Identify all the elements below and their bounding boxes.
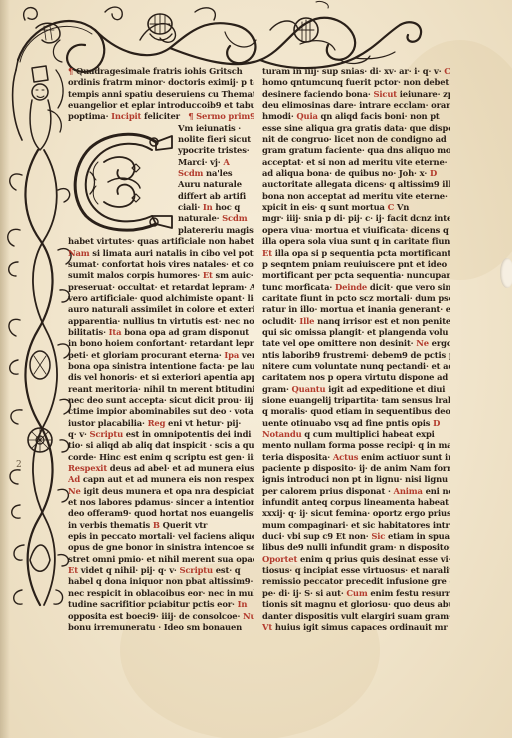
body-line: ocludit· Ille nanq irrisor est et non pe… bbox=[262, 316, 450, 327]
body-line: tionis sit magnu et gloriosu· quo deus a… bbox=[262, 599, 450, 610]
body-line: tio· si aliqd ab aliq dat inspicit · sci… bbox=[68, 440, 254, 451]
body-line: illa opera sola viua sunt q in caritate … bbox=[262, 236, 450, 247]
body-line: teria disposita· Actus enim actiuor sunt… bbox=[262, 452, 450, 463]
body-line: auctoritate allegata dicens· q altissim9… bbox=[262, 179, 450, 190]
body-line: auro naturali assimilet in colore et ext… bbox=[68, 304, 254, 315]
beside-initial-line: Scdm na'les bbox=[68, 168, 254, 179]
body-line: habel q dona iniquor non pbat altissim9· bbox=[68, 576, 254, 587]
body-line: tunc morficata· Deinde dicit· que vero s… bbox=[262, 282, 450, 293]
beside-initial-line: differt ab artifi bbox=[68, 191, 254, 202]
body-line: mum compaginari· et sic habitatores intr… bbox=[262, 520, 450, 531]
body-line: uente otinuabo vsq ad fine pntis opis D bbox=[262, 418, 450, 429]
body-line: remissio peccator precedit infusione gre… bbox=[262, 576, 450, 587]
body-line: qui sic omissa plangit· et plangenda vol… bbox=[262, 327, 450, 338]
body-line: deo offeram9· quod hortat nos euangelist… bbox=[68, 508, 254, 519]
body-line: danter dispositis vult elargiri suam gra… bbox=[262, 611, 450, 622]
body-line: ratur in illo· mortua et inania generant… bbox=[262, 304, 450, 315]
body-line: dis vel honoris· et si exteriori apentia… bbox=[68, 372, 254, 383]
body-line: bona opa sinistra intentione facta· pe l… bbox=[68, 361, 254, 372]
body-line: hmodi· Quia qn aliqd facis boni· non pt bbox=[262, 111, 450, 122]
body-line: caritatem nos p opera virtutu dispone ad bbox=[262, 372, 450, 383]
body-line: ignis introduci non pt in lignu· nisi li… bbox=[262, 474, 450, 485]
body-line: preseruat· occultat· et retardat lepram·… bbox=[68, 282, 254, 293]
body-line: desinere faciendo bona· Sicut ieiunare· … bbox=[262, 89, 450, 100]
body-line: epis in peccato mortali· vel faciens ali… bbox=[68, 531, 254, 542]
body-line: Et illa opa si p sequentia pcta mortific… bbox=[262, 248, 450, 259]
sermon-heading: ¶ Sermo prim9 bbox=[188, 111, 254, 121]
body-line: opera viua· mortua et viuificata· dicens… bbox=[262, 225, 450, 236]
body-line: corde· Hinc est enim q scriptu est gen· … bbox=[68, 452, 254, 463]
body-line: bona non acceptat ad meritu vite eterne·… bbox=[262, 191, 450, 202]
body-line: deu elimosinas dare· intrare ecclam· ora… bbox=[262, 100, 450, 111]
heading-line: ordinis fratrm minor· doctoris eximij· p… bbox=[68, 77, 254, 88]
beside-initial-line: Marci· vj· A bbox=[68, 157, 254, 168]
body-line: ntis laborib9 frustremi· debem9 de pctis… bbox=[262, 350, 450, 361]
body-line: et nos labores pdamus· sincer a intentio… bbox=[68, 497, 254, 508]
heading-line: tempis anni spatiu deseruiens cu Themati bbox=[68, 89, 254, 100]
beside-initial-line: platereriu magis bbox=[68, 225, 254, 236]
body-line: mortificant per pcta sequentia· nuncupan… bbox=[262, 270, 450, 281]
body-line: xxxij· q· ij· sicut femina· oportz ergo … bbox=[262, 508, 450, 519]
body-line: Oportet enim q prius quis desinat esse v… bbox=[262, 554, 450, 565]
body-line: in verbis thematis B Querit vtr bbox=[68, 520, 254, 531]
body-line: opus de gne bonor in sinistra intencoe s… bbox=[68, 542, 254, 553]
body-line: in bono hoiem confortant· retardant lepr… bbox=[68, 338, 254, 349]
body-line: Ad capn aut et ad munera eis non respexi… bbox=[68, 474, 254, 485]
body-line: sumat· confortat hois vires natales· et … bbox=[68, 259, 254, 270]
beside-initial-line: ypocrite tristes· bbox=[68, 145, 254, 156]
body-line: habet virtutes· quas artificiale non hab… bbox=[68, 236, 254, 247]
body-line: libus de9 nulli infundit gram· n disposi… bbox=[262, 542, 450, 553]
body-line: nitere cum voluntate nunq pectandi· et a… bbox=[262, 361, 450, 372]
body-line: Ne igit deus munera et opa nra despiciat… bbox=[68, 486, 254, 497]
body-line: stret omni pmio· et nihil merent sua opa… bbox=[68, 554, 254, 565]
body-line: xpicit in eis· q sunt mortua C Vn bbox=[262, 202, 450, 213]
body-line: reant meritoria· nihil tn merent btitudi… bbox=[68, 384, 254, 395]
heading-line: euangelior et eplar introduccoib9 et tab… bbox=[68, 100, 254, 111]
body-line: q moralis· quod etiam in sequentibus deo… bbox=[262, 406, 450, 417]
body-line: acceptat· et si non ad meritu vite etern… bbox=[262, 157, 450, 168]
body-line: bonu irremuneratu · Ideo sm bonauen bbox=[68, 622, 254, 633]
body-line: ctime impior abominabiles sut deo · vota bbox=[68, 406, 254, 417]
body-line: nec respicit in oblacoibus eor· nec in m… bbox=[68, 588, 254, 599]
body-line: bilitatis· Ita bona opa ad gram disponut bbox=[68, 327, 254, 338]
body-line: sumit malos corpis humores· Et sm auic· bbox=[68, 270, 254, 281]
body-line: gram gratum faciente· qua dns aliquo mo bbox=[262, 145, 450, 156]
heading-line: poptima· Incipit feliciter bbox=[68, 111, 180, 121]
body-line: paciente p disposito· ij· de anim Nam fo… bbox=[262, 463, 450, 474]
body-line: pe· di· ij· S· si aut· Cum enim festu re… bbox=[262, 588, 450, 599]
body-line: vero artificiale· quod alchimiste opant·… bbox=[68, 293, 254, 304]
body-line: p seqntem pniam reuiuiscere pnt et ideo … bbox=[262, 259, 450, 270]
body-line: Notandu q cum multiplici habeat expi bbox=[262, 429, 450, 440]
body-line: mento nullam forma posse recipi· q in ma bbox=[262, 440, 450, 451]
body-line: tudine sacrifitior pciabitur pctis eor· … bbox=[68, 599, 254, 610]
body-line: duci· vbi sup c9 Et non· Sic etiam in sp… bbox=[262, 531, 450, 542]
body-line: tiosus· q incipiat esse virtuosus· et na… bbox=[262, 565, 450, 576]
body-line: nit de congruo· licet non de condigno ad bbox=[262, 134, 450, 145]
left-text-column: ¶ Quadragesimale fratris iohis Gritsch o… bbox=[68, 66, 254, 633]
body-line: opposita est boeci9· iiij· de consolcoe·… bbox=[68, 611, 254, 622]
body-line: gram· Quantu igit ad expeditione et diui bbox=[262, 384, 450, 395]
text-line: ¶ Quadragesimale fratris iohis Gritsch bbox=[68, 66, 254, 77]
body-line: per calorem prius disponat · Anima eni n… bbox=[262, 486, 450, 497]
beside-initial-line: Auru naturale bbox=[68, 179, 254, 190]
beside-initial-line: naturale· Scdm bbox=[68, 213, 254, 224]
body-line: caritate fiunt in pcto scz mortali· dum … bbox=[262, 293, 450, 304]
body-line: Respexit deus ad abel· et ad munera eius… bbox=[68, 463, 254, 474]
body-line: infundit anteq corpus lineamenta habeat bbox=[262, 497, 450, 508]
sermon-heading-text: Sermo prim9 bbox=[196, 111, 254, 121]
body-line: tate vel ope omittere non desinit· Ne er… bbox=[262, 338, 450, 349]
body-line: nec deo sunt accepta· sicut dicit prou· … bbox=[68, 395, 254, 406]
body-line: turam in iiij· sup snias· di· xv· ar· i·… bbox=[262, 66, 450, 77]
border-small-mark: 2 bbox=[16, 460, 22, 470]
body-line: mgr· iiij· snia p di· pij· c· ij· facit … bbox=[262, 213, 450, 224]
heading-line: Quadragesimale fratris iohis Gritsch bbox=[76, 66, 243, 76]
body-line: homo qntumcunq fuerit pctor· non debet bbox=[262, 77, 450, 88]
pencil-margin-mark: A bbox=[434, 590, 440, 600]
body-line: sione euangelij tripartita· tam sensus l… bbox=[262, 395, 450, 406]
manuscript-page: ¶ Quadragesimale fratris iohis Gritsch o… bbox=[0, 0, 512, 738]
body-line: apparentia· nullius tn virtutis est· nec… bbox=[68, 316, 254, 327]
beside-initial-line: Vm ieiunatis · bbox=[68, 123, 254, 134]
pilcrow-mark: ¶ bbox=[68, 66, 73, 76]
body-line: iustor placabilia· Reg eni vt hetur· pij… bbox=[68, 418, 254, 429]
body-line: q· v· Scriptu est in omnipotentis dei in… bbox=[68, 429, 254, 440]
body-line: Nam si limata auri natalis in cibo vel p… bbox=[68, 248, 254, 259]
body-line: ad aliqua bona· de quibus no· Joh· x· D bbox=[262, 168, 450, 179]
right-text-column: turam in iiij· sup snias· di· xv· ar· i·… bbox=[262, 66, 450, 633]
body-line: peti· et gloriam procurant eterna· Ipa v… bbox=[68, 350, 254, 361]
body-line: esse sine aliqua gra gratis data· que di… bbox=[262, 123, 450, 134]
text-line: poptima· Incipit feliciter ¶ Sermo prim9 bbox=[68, 111, 254, 122]
body-line: Vt huius igit simus capaces ordinauit mr bbox=[262, 622, 450, 633]
beside-initial-line: ciali· In hoc q bbox=[68, 202, 254, 213]
beside-initial-line: nolite fieri sicut bbox=[68, 134, 254, 145]
body-line: Et videt q nihil· pij· q· v· Scriptu est… bbox=[68, 565, 254, 576]
